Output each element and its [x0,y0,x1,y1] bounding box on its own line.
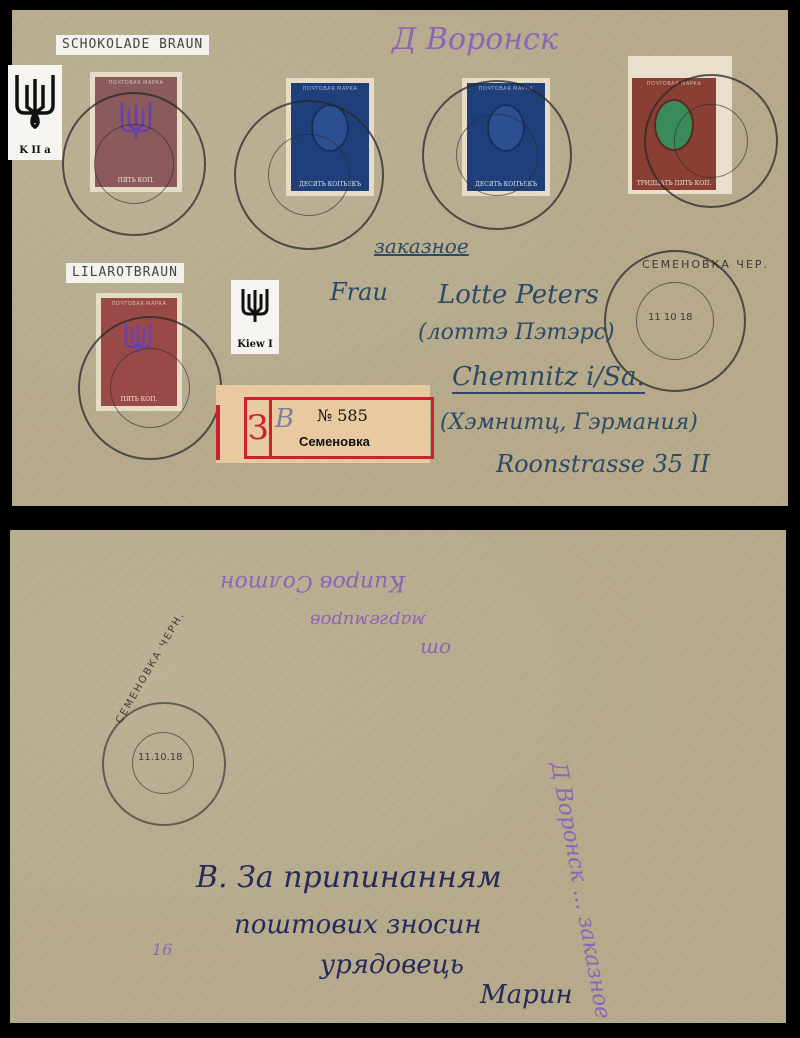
handwriting-back-line2: поштових зносин [234,910,482,940]
registration-number: № 585 [317,406,368,425]
postmark-cds-6 [78,316,222,460]
handwriting-top-violet: Д Воронск [392,22,558,57]
postmark-cds-4 [644,74,778,208]
handwriting-back-upside-down-3: Кипров Солтон [220,570,405,595]
registration-town: Семеновка [299,434,370,449]
handwriting-addressee-name-cyrillic: (лоттэ Пэтэрс) [418,320,615,345]
postmark-town-text: СЕМЕНОВКА ЧЕР. [642,258,769,271]
postmark-cds-3 [422,80,572,230]
handwriting-back-line3: урядовець [320,950,464,980]
trident-type-card-kiew-1: Kiew I [231,280,279,354]
handwriting-back-line4: Марин [480,980,573,1010]
handwriting-salutation: Frau [330,278,388,306]
trident-icon [240,286,270,326]
postmark-cds-2 [234,100,384,250]
stamp-header: ПОЧТОВАЯ МАРКА [303,86,358,92]
pencil-mark: B [275,404,294,434]
stamp-header: ПОЧТОВАЯ МАРКА [112,301,167,307]
handwriting-city: Chemnitz i/Sa. [452,362,645,394]
registration-frame: З № 585 Семеновка B [244,397,434,459]
shade-label-lilarotbraun: LILAROTBRAUN [66,263,184,283]
registration-letter: З [247,400,272,456]
postmark-back-town: СЕМЕНОВКА ЧЕРН. [114,610,187,726]
postmark-cds-1 [62,92,206,236]
handwriting-back-upside-down-1: от [420,638,451,662]
stamp-header: ПОЧТОВАЯ МАРКА [109,80,164,86]
handwriting-back-upside-down-2: маргемиров [310,610,426,631]
trident-type-caption: K II a [8,145,62,156]
registration-label: З № 585 Семеновка B [216,385,430,463]
handwriting-registered: заказное [374,234,469,258]
cover-front: SCHOKOLADE BRAUN K II a ПОЧТОВАЯ МАРКА П… [12,10,788,506]
registration-stub [216,405,220,460]
handwriting-addressee-name: Lotte Peters [438,280,599,310]
cover-back: Кипров Солтон маргемиров от Д Воронск ..… [10,530,786,1023]
handwriting-back-small-mark: 16 [152,940,172,959]
handwriting-city-cyrillic: (Хэмнитц, Гэрмания) [440,410,698,435]
postmark-back-cds: СЕМЕНОВКА ЧЕРН. 11.10.18 [102,702,226,826]
handwriting-back-line1: В. За припинанням [196,860,502,895]
trident-type-caption: Kiew I [231,339,279,350]
postmark-back-date: 11.10.18 [138,752,183,763]
trident-type-card-k2a: K II a [8,65,62,160]
trident-icon [13,71,57,129]
handwriting-street: Roonstrasse 35 II [496,450,710,478]
postmark-date-text: 11 10 18 [648,312,693,323]
shade-label-schokolade: SCHOKOLADE BRAUN [56,35,209,55]
